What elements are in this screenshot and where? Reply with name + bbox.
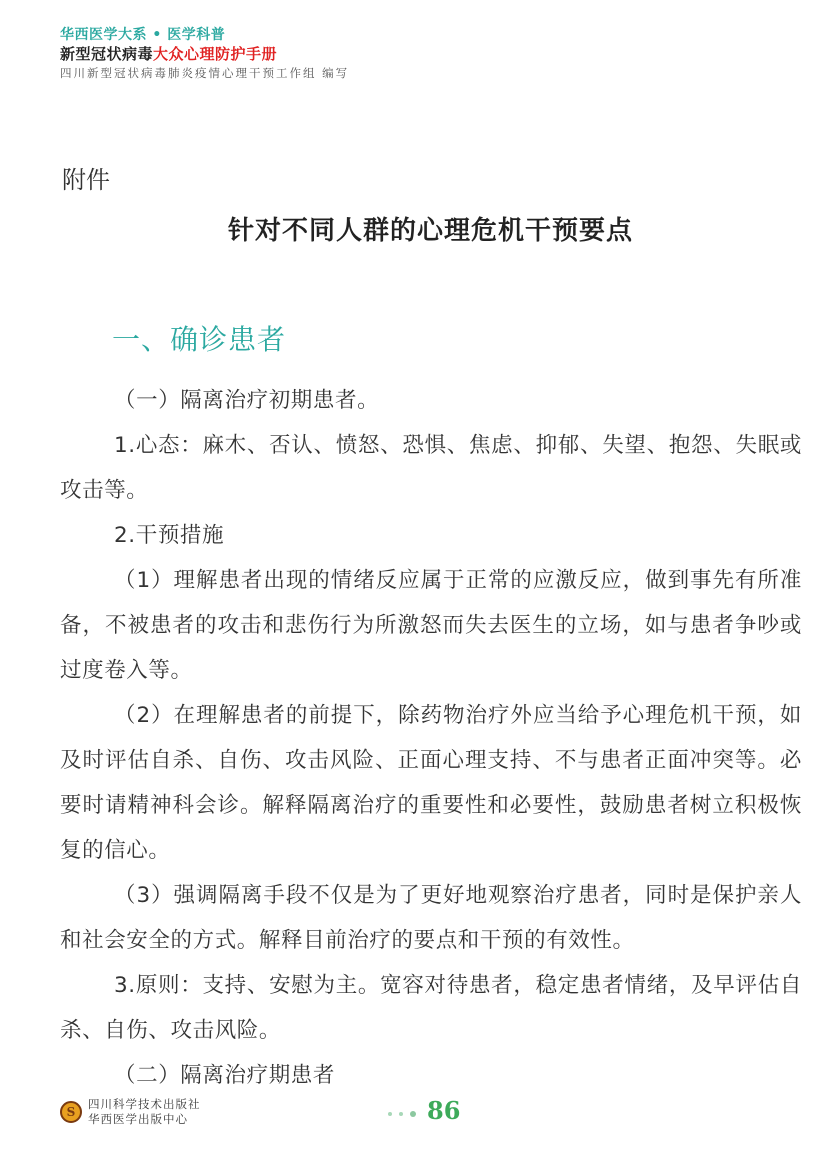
- attachment-label: 附件: [62, 160, 110, 195]
- book-title-black: 新型冠状病毒: [60, 45, 153, 63]
- publisher-line-2: 华西医学出版中心: [88, 1112, 201, 1127]
- book-header: 华西医学大系 • 医学科普 新型冠状病毒大众心理防护手册 四川新型冠状病毒肺炎疫…: [60, 26, 349, 81]
- publisher-info: 四川科学技术出版社 华西医学出版中心: [88, 1097, 201, 1127]
- dots-decoration-icon: [388, 1112, 416, 1117]
- section-heading: 一、确诊患者: [112, 318, 286, 358]
- document-body: （一）隔离治疗初期患者。 1.心态：麻木、否认、愤怒、恐惧、焦虑、抑郁、失望、抱…: [60, 378, 802, 1098]
- paragraph: （2）在理解患者的前提下，除药物治疗外应当给予心理危机干预，如及时评估自杀、自伤…: [60, 693, 802, 873]
- paragraph: 2.干预措施: [60, 513, 802, 558]
- subsection-heading: （二）隔离治疗期患者: [60, 1053, 802, 1098]
- book-title-red: 大众心理防护手册: [153, 45, 277, 63]
- series-name: 华西医学大系 • 医学科普: [60, 26, 349, 44]
- subsection-heading: （一）隔离治疗初期患者。: [60, 378, 802, 423]
- paragraph: 1.心态：麻木、否认、愤怒、恐惧、焦虑、抑郁、失望、抱怨、失眠或攻击等。: [60, 423, 802, 513]
- document-title: 针对不同人群的心理危机干预要点: [0, 210, 839, 247]
- book-title: 新型冠状病毒大众心理防护手册: [60, 44, 349, 64]
- paragraph: （1）理解患者出现的情绪反应属于正常的应激反应，做到事先有所准备，不被患者的攻击…: [60, 558, 802, 693]
- author-line: 四川新型冠状病毒肺炎疫情心理干预工作组 编写: [60, 65, 349, 81]
- publisher-line-1: 四川科学技术出版社: [88, 1097, 201, 1112]
- paragraph: （3）强调隔离手段不仅是为了更好地观察治疗患者，同时是保护亲人和社会安全的方式。…: [60, 873, 802, 963]
- paragraph: 3.原则：支持、安慰为主。宽容对待患者，稳定患者情绪，及早评估自杀、自伤、攻击风…: [60, 963, 802, 1053]
- publisher-logo-icon: S: [60, 1101, 82, 1123]
- page-number: 86: [427, 1096, 460, 1125]
